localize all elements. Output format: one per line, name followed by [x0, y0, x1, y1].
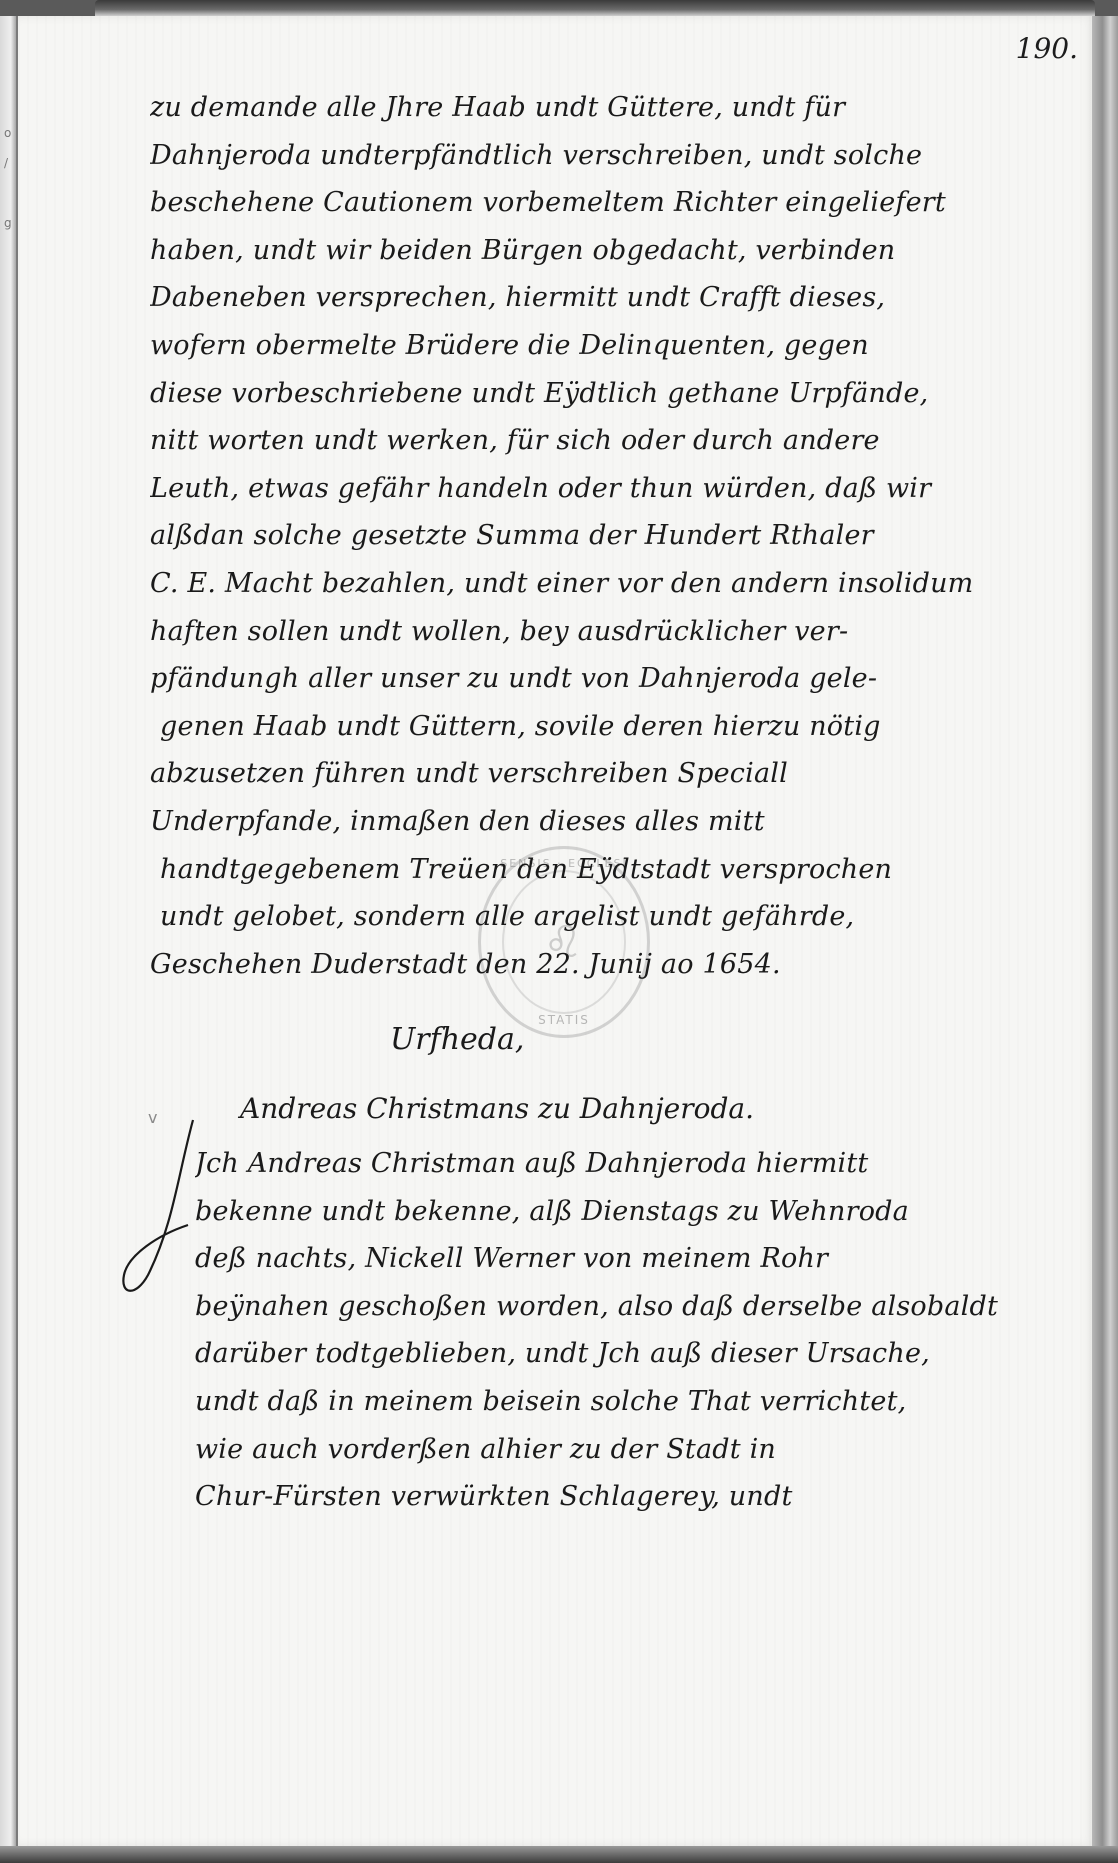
manuscript-line: beÿnahen geschoßen worden, also daß ders… [195, 1283, 1065, 1331]
signature-urfheda: Urfheda, [390, 1022, 524, 1057]
handwritten-section-2: Jch Andreas Christman auß Dahnjeroda hie… [195, 1140, 1065, 1521]
manuscript-line: abzusetzen führen undt verschreiben Spec… [150, 750, 1050, 798]
manuscript-line: deß nachts, Nickell Werner von meinem Ro… [195, 1235, 1065, 1283]
manuscript-line: Jch Andreas Christman auß Dahnjeroda hie… [195, 1140, 1065, 1188]
manuscript-line: nitt worten undt werken, für sich oder d… [150, 417, 1050, 465]
manuscript-line: haften sollen undt wollen, bey ausdrückl… [150, 608, 1050, 656]
manuscript-line: Chur-Fürsten verwürkten Schlagerey, undt [195, 1473, 1065, 1521]
manuscript-line: C. E. Macht bezahlen, undt einer vor den… [150, 560, 1050, 608]
manuscript-line: Dahnjeroda undterpfändtlich verschreiben… [150, 132, 1050, 180]
manuscript-line: haben, undt wir beiden Bürgen obgedacht,… [150, 227, 1050, 275]
manuscript-line: genen Haab undt Güttern, sovile deren hi… [150, 703, 1050, 751]
manuscript-line: beschehene Cautionem vorbemeltem Richter… [150, 179, 1050, 227]
margin-glyph: g [4, 216, 12, 230]
manuscript-line: diese vorbeschriebene undt Eÿdtlich geth… [150, 370, 1050, 418]
book-bottom-edge [0, 1846, 1118, 1863]
date-line: Geschehen Duderstadt den 22. Junij ao 16… [150, 941, 1050, 989]
book-top-edge [95, 0, 1095, 16]
folio-number: 190. [1016, 32, 1078, 65]
book-right-edge [1092, 16, 1118, 1846]
margin-glyph: / [4, 156, 8, 170]
manuscript-line: wofern obermelte Brüdere die Delinquente… [150, 322, 1050, 370]
manuscript-line: alßdan solche gesetzte Summa der Hundert… [150, 512, 1050, 560]
manuscript-line: undt daß in meinem beisein solche That v… [195, 1378, 1065, 1426]
manuscript-line: undt gelobet, sondern alle argelist undt… [150, 893, 1050, 941]
manuscript-line: zu demande alle Jhre Haab undt Güttere, … [150, 84, 1050, 132]
manuscript-line: Leuth, etwas gefähr handeln oder thun wü… [150, 465, 1050, 513]
section-heading: Andreas Christmans zu Dahnjeroda. [240, 1092, 754, 1125]
margin-glyph: o [4, 126, 11, 140]
manuscript-line: darüber todtgeblieben, undt Jch auß dies… [195, 1330, 1065, 1378]
handwritten-section-1: zu demande alle Jhre Haab undt Güttere, … [150, 84, 1050, 988]
manuscript-line: Underpfande, inmaßen den dieses alles mi… [150, 798, 1050, 846]
manuscript-line: pfändungh aller unser zu undt von Dahnje… [150, 655, 1050, 703]
manuscript-line: handtgegebenem Treüen den Eÿdtstadt vers… [150, 846, 1050, 894]
manuscript-line: wie auch vorderßen alhier zu der Stadt i… [195, 1426, 1065, 1474]
manuscript-line: Dabeneben versprechen, hiermitt undt Cra… [150, 274, 1050, 322]
manuscript-line: bekenne undt bekenne, alß Dienstags zu W… [195, 1188, 1065, 1236]
